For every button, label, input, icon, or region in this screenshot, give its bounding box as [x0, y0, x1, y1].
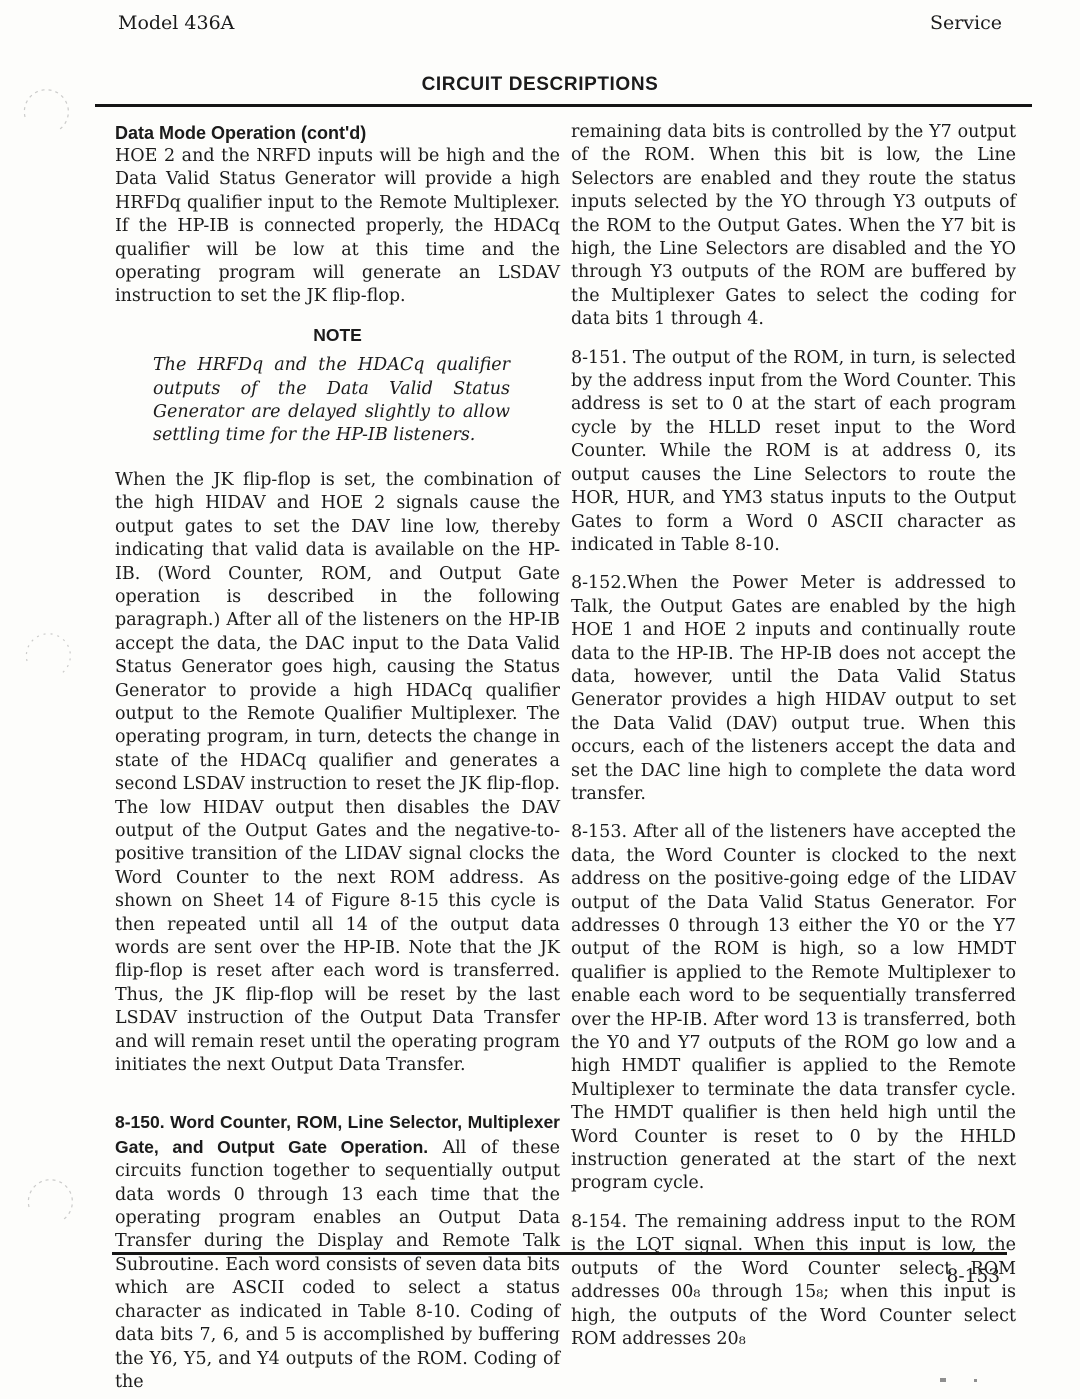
data-mode-heading: Data Mode Operation (cont'd) — [115, 121, 560, 145]
paragraph-8-152: 8-152.When the Power Meter is addressed … — [571, 572, 1016, 806]
header-rule — [95, 104, 1032, 107]
scan-artifact-speck — [974, 1379, 977, 1382]
section-name: Service — [930, 12, 1002, 34]
page-title: CIRCUIT DESCRIPTIONS — [0, 74, 1080, 96]
right-column: remaining data bits is controlled by the… — [571, 121, 1016, 1394]
intro-paragraph: HOE 2 and the NRFD inputs will be high a… — [115, 145, 560, 309]
remaining-bits-paragraph: remaining data bits is controlled by the… — [571, 121, 1016, 332]
note-label: NOTE — [115, 324, 560, 347]
scan-artifact-arc — [24, 1176, 76, 1228]
paragraph-8-153: 8-153. After all of the listeners have a… — [571, 821, 1016, 1196]
note-text: The HRFDq and the HDACq qualifier output… — [153, 354, 510, 448]
running-header: Model 436A Service — [118, 12, 1002, 34]
page-number: 8-153 — [947, 1266, 1000, 1287]
model-number: Model 436A — [118, 12, 234, 34]
scan-artifact-speck — [940, 1378, 946, 1382]
left-column: Data Mode Operation (cont'd) HOE 2 and t… — [115, 121, 560, 1394]
body-columns: Data Mode Operation (cont'd) HOE 2 and t… — [115, 121, 1016, 1394]
footer-rule — [112, 1252, 1007, 1255]
paragraph-8-150-body: All of these circuits function together … — [115, 1138, 560, 1392]
jk-flipflop-paragraph: When the JK flip-flop is set, the combin… — [115, 469, 560, 1078]
paragraph-8-151: 8-151. The output of the ROM, in turn, i… — [571, 347, 1016, 558]
scan-artifact-arc — [22, 630, 74, 682]
manual-page: Model 436A Service CIRCUIT DESCRIPTIONS … — [0, 0, 1080, 1399]
